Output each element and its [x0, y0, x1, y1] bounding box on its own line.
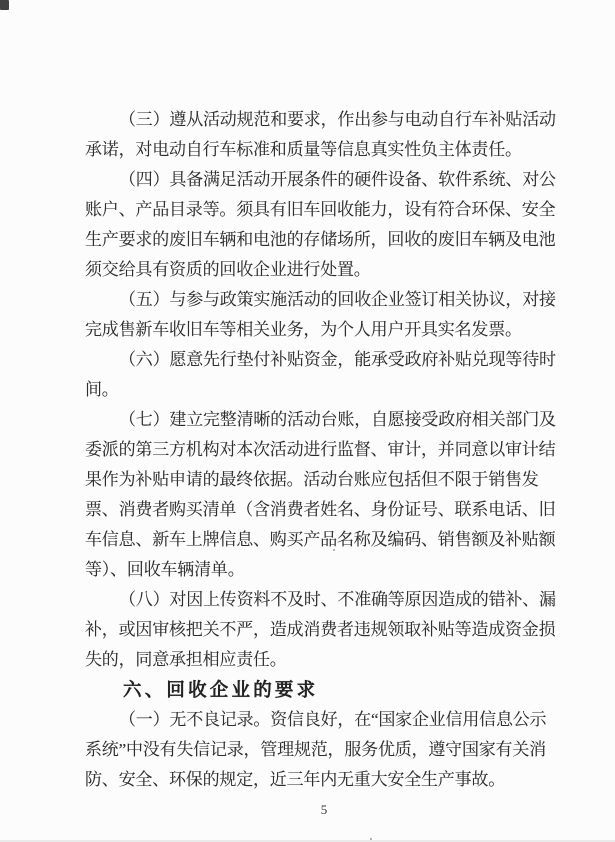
- text-line: （三）遵从活动规范和要求，作出参与电动自行车补贴活动: [85, 105, 563, 135]
- text-line: 账户、产品目录等。须具有旧车回收能力，设有符合环保、安全: [85, 195, 563, 225]
- text-line: 失的，同意承担相应责任。: [85, 645, 563, 675]
- text-line: （八）对因上传资料不及时、不准确等原因造成的错补、漏: [85, 585, 563, 615]
- text-line: 承诺，对电动自行车标准和质量等信息真实性负主体责任。: [85, 135, 563, 165]
- text-line: 间。: [85, 375, 563, 405]
- text-line: 须交给具有资质的回收企业进行处置。: [85, 255, 563, 285]
- document-page: （三）遵从活动规范和要求，作出参与电动自行车补贴活动 承诺，对电动自行车标准和质…: [0, 0, 615, 842]
- text-line: （七）建立完整清晰的活动台账，自愿接受政府相关部门及: [85, 405, 563, 435]
- text-line: 车信息、新车上牌信息、购买产品名称及编码、销售额及补贴额: [85, 525, 563, 555]
- text-line: 完成售新车收旧车等相关业务，为个人用户开具实名发票。: [85, 315, 563, 345]
- text-line: （四）具备满足活动开展条件的硬件设备、软件系统、对公: [85, 165, 563, 195]
- text-line: （六）愿意先行垫付补贴资金，能承受政府补贴兑现等待时: [85, 345, 563, 375]
- text-line: 补，或因审核把关不严，造成消费者违规领取补贴等造成资金损: [85, 615, 563, 645]
- text-line: 果作为补贴申请的最终依据。活动台账应包括但不限于销售发: [85, 465, 563, 495]
- text-line: （一）无不良记录。资信良好，在“国家企业信用信息公示: [85, 705, 563, 735]
- text-line: 票、消费者购买清单（含消费者姓名、身份证号、联系电话、旧: [85, 495, 563, 525]
- scan-artifact: [0, 0, 4, 6]
- text-line: 委派的第三方机构对本次活动进行监督、审计，并同意以审计结: [85, 435, 563, 465]
- text-line: 等）、回收车辆清单。: [85, 555, 563, 585]
- text-block: （三）遵从活动规范和要求，作出参与电动自行车补贴活动 承诺，对电动自行车标准和质…: [85, 105, 563, 795]
- text-line: 生产要求的废旧车辆和电池的存储场所，回收的废旧车辆及电池: [85, 225, 563, 255]
- text-line: （五）与参与政策实施活动的回收企业签订相关协议，对接: [85, 285, 563, 315]
- section-heading: 六、回收企业的要求: [85, 675, 563, 705]
- text-line: 系统”中没有失信记录，管理规范，服务优质，遵守国家有关消: [85, 735, 563, 765]
- page-number: 5: [85, 801, 563, 819]
- text-line: 防、安全、环保的规定，近三年内无重大安全生产事故。: [85, 765, 563, 795]
